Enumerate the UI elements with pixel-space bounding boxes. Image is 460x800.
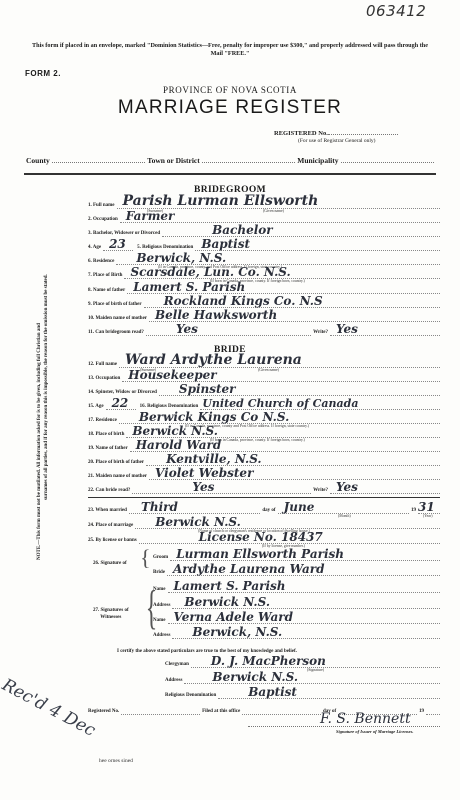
field-label: 18. Place of birth [88, 432, 124, 438]
field-label: Address [153, 633, 170, 639]
town-label: Town or District [147, 156, 200, 165]
bride-signature: Bride Ardythe Laurena Ward [153, 563, 440, 576]
groom-residence: 6. Residence Berwick, N.S. [88, 252, 440, 265]
field-label: Address [165, 678, 182, 684]
clergyman-signature: Clergyman D. J. MacPherson [165, 655, 440, 668]
read-value: Yes [192, 480, 214, 494]
bride-occupation: 13. Occupation Housekeeper [88, 369, 440, 382]
bride-father-name: 19. Name of father Harold Ward [88, 439, 440, 452]
field-value: Farmer [126, 209, 175, 223]
serial-number: 063412 [366, 2, 426, 20]
groom-literacy: 11. Can bridegroom read? Yes Write? Yes [88, 323, 440, 336]
marriage-date: 23. When married Third day of June 19 31 [88, 501, 440, 514]
field-label: 9. Place of birth of father [88, 302, 142, 308]
bride-place-of-birth: 18. Place of birth Berwick N.S. [88, 425, 440, 438]
witness-1-address: Address Berwick N.S. [153, 596, 440, 609]
age-value: 23 [109, 237, 126, 251]
side-note-line-2: surnames of all parties, and if for any … [44, 230, 51, 560]
groom-father-name: 8. Name of father Lamert S. Parish [88, 281, 440, 294]
field-value: Berwick, N.S. [192, 625, 282, 639]
divider [24, 173, 436, 175]
field-label: 20. Place of birth of father [88, 460, 144, 466]
field-value: Parish Lurman Ellsworth [123, 193, 319, 209]
field-label: 11. Can bridegroom read? [88, 330, 144, 336]
field-value: Scarsdale, Lun. Co. N.S. [130, 265, 290, 279]
signature-value: Lurman Ellsworth Parish [176, 547, 344, 561]
field-value: Lamert S. Parish [174, 579, 286, 593]
field-value: Belle Hawksworth [155, 308, 277, 322]
field-label: Clergyman [165, 662, 189, 668]
bride-literacy: 22. Can bride read? Yes Write? Yes [88, 481, 440, 494]
brace: { [140, 549, 151, 567]
field-label: 10. Maiden name of mother [88, 316, 147, 322]
denomination-value: Baptist [201, 237, 250, 251]
field-label: 17. Residence [88, 418, 117, 424]
field-label: Bride [153, 570, 165, 576]
groom-occupation: 2. Occupation Farmer [88, 210, 440, 223]
marriage-place: 24. Place of marriage Berwick N.S. [88, 516, 440, 529]
bride-marital-status: 14. Spinster, Widow or Divorced Spinster [88, 383, 440, 396]
field-label: 6. Residence [88, 259, 114, 265]
groom-full-name: 1. Full name Parish Lurman Ellsworth [88, 196, 440, 209]
field-value: Harold Ward [136, 438, 222, 452]
license-or-banns: 25. By license or banns License No. 1843… [88, 531, 440, 544]
field-label: 7. Place of Birth [88, 273, 122, 279]
year-value: 31 [418, 500, 435, 514]
town-blank [202, 156, 295, 163]
municipality-label: Municipality [297, 156, 338, 165]
field-label: 8. Name of father [88, 288, 125, 294]
field-label: 1. Full name [88, 203, 115, 209]
month-value: June [284, 500, 315, 514]
field-value: D. J. MacPherson [211, 654, 326, 668]
field-label: Address [153, 603, 170, 609]
groom-age-denomination: 4. Age 23 5. Religious Denomination Bapt… [88, 238, 440, 251]
field-label: 24. Place of marriage [88, 523, 133, 529]
bleed-through-text: hee ornes sined [99, 758, 133, 764]
province-heading: PROVINCE OF NOVA SCOTIA [0, 85, 460, 95]
signature-value: Ardythe Laurena Ward [173, 562, 325, 576]
groom-mother-maiden-name: 10. Maiden name of mother Belle Hawkswor… [88, 309, 440, 322]
signatures-label: 26. Signature of [93, 561, 127, 566]
registered-number-label: REGISTERED No. [274, 130, 328, 137]
location-row: County Town or District Municipality [26, 156, 436, 165]
witness-2-name: Name Verna Adele Ward [153, 611, 440, 624]
field-value: License No. 18437 [199, 530, 323, 544]
field-label: 19. Name of father [88, 446, 128, 452]
page-title: MARRIAGE REGISTER [0, 97, 460, 119]
field-label: Registered No. [88, 709, 119, 715]
witness-1-name: Name Lamert S. Parish [153, 580, 440, 593]
write-value: Yes [336, 322, 358, 336]
field-label: 12. Full name [88, 362, 117, 368]
bride-age-denomination: 15. Age 22 16. Religious Denomination Un… [88, 397, 440, 410]
groom-place-of-birth: 7. Place of Birth Scarsdale, Lun. Co. N.… [88, 266, 440, 279]
issuer-caption: Signature of Issuer of Marriage Licenses… [336, 729, 414, 734]
field-value: Spinster [179, 382, 236, 396]
municipality-blank [341, 156, 434, 163]
county-label: County [26, 156, 50, 165]
field-value: Berwick N.S. [184, 595, 270, 609]
field-label: Write? [313, 330, 328, 336]
field-value: Ward Ardythe Laurena [125, 352, 302, 368]
year-prefix: 19 [411, 508, 416, 514]
bride-mother-maiden-name: 21. Maiden name of mother Violet Webster [88, 467, 440, 480]
field-label: 22. Can bride read? [88, 488, 130, 494]
registered-number-blank [328, 134, 398, 135]
denomination-value: United Church of Canada [202, 397, 358, 410]
field-value: Baptist [248, 685, 297, 699]
witnesses-label-line-1: 27. Signatures of [93, 607, 129, 614]
margin-annotation: Rec'd 4 Dec [0, 675, 99, 741]
field-value: Kentville, N.S. [166, 452, 262, 466]
signature-line [248, 726, 440, 727]
field-value: Berwick N.S. [155, 515, 241, 529]
field-value: Berwick N.S. [212, 670, 298, 684]
form-number: FORM 2. [25, 69, 61, 78]
age-value: 22 [112, 396, 129, 410]
field-label: Filed at this office [202, 709, 240, 715]
side-note: NOTE.—This form must not be mutilated. A… [37, 230, 50, 560]
witnesses-label-line-2: Witnesses [93, 614, 129, 621]
registered-number-note: (For use of Registrar General only) [298, 138, 375, 144]
write-value: Yes [336, 480, 358, 494]
read-value: Yes [176, 322, 198, 336]
bride-full-name: 12. Full name Ward Ardythe Laurena [88, 355, 440, 368]
groom-signature: Groom Lurman Ellsworth Parish [153, 548, 440, 561]
field-value: Berwick, N.S. [136, 251, 226, 265]
clergyman-address: Address Berwick N.S. [165, 671, 440, 684]
clergyman-denomination: Religious Denomination Baptist [165, 686, 440, 699]
field-label: 15. Age [88, 404, 104, 410]
groom-father-birthplace: 9. Place of birth of father Rockland Kin… [88, 295, 440, 308]
county-blank [52, 156, 145, 163]
field-value: Lamert S. Parish [133, 280, 245, 294]
field-label: 23. When married [88, 508, 127, 514]
field-value: Berwick Kings Co N.S. [139, 410, 289, 424]
day-value: Third [141, 500, 178, 514]
field-label: 25. By license or banns [88, 538, 137, 544]
witness-2-address: Address Berwick, N.S. [153, 626, 440, 639]
field-label: Name [153, 587, 166, 593]
field-label: Write? [313, 488, 328, 494]
field-label: Religious Denomination [165, 693, 216, 699]
registered-number-field: REGISTERED No. [274, 130, 398, 137]
divider [88, 497, 440, 498]
bride-residence: 17. Residence Berwick Kings Co N.S. [88, 411, 440, 424]
witnesses-label: 27. Signatures of Witnesses [93, 607, 129, 621]
postal-notice: This form if placed in an envelope, mark… [30, 42, 430, 59]
field-label: Groom [153, 555, 168, 561]
field-value: Bachelor [212, 223, 272, 237]
year-prefix: 19 [419, 709, 424, 715]
bride-father-birthplace: 20. Place of birth of father Kentville, … [88, 453, 440, 466]
field-label: 2. Occupation [88, 217, 118, 223]
field-value: Verna Adele Ward [174, 610, 293, 624]
issuer-signature: F. S. Bennett [320, 711, 411, 727]
groom-marital-status: 3. Bachelor, Widower or Divorced Bachelo… [88, 224, 440, 237]
field-label: Name [153, 618, 166, 624]
field-value: Housekeeper [128, 368, 216, 382]
field-value: Violet Webster [155, 466, 253, 480]
field-value: Rockland Kings Co. N.S [164, 294, 323, 308]
field-value: Berwick N.S. [132, 424, 218, 438]
field-label: day of [262, 508, 275, 514]
field-label: 13. Occupation [88, 376, 120, 382]
field-label: 4. Age [88, 245, 101, 251]
